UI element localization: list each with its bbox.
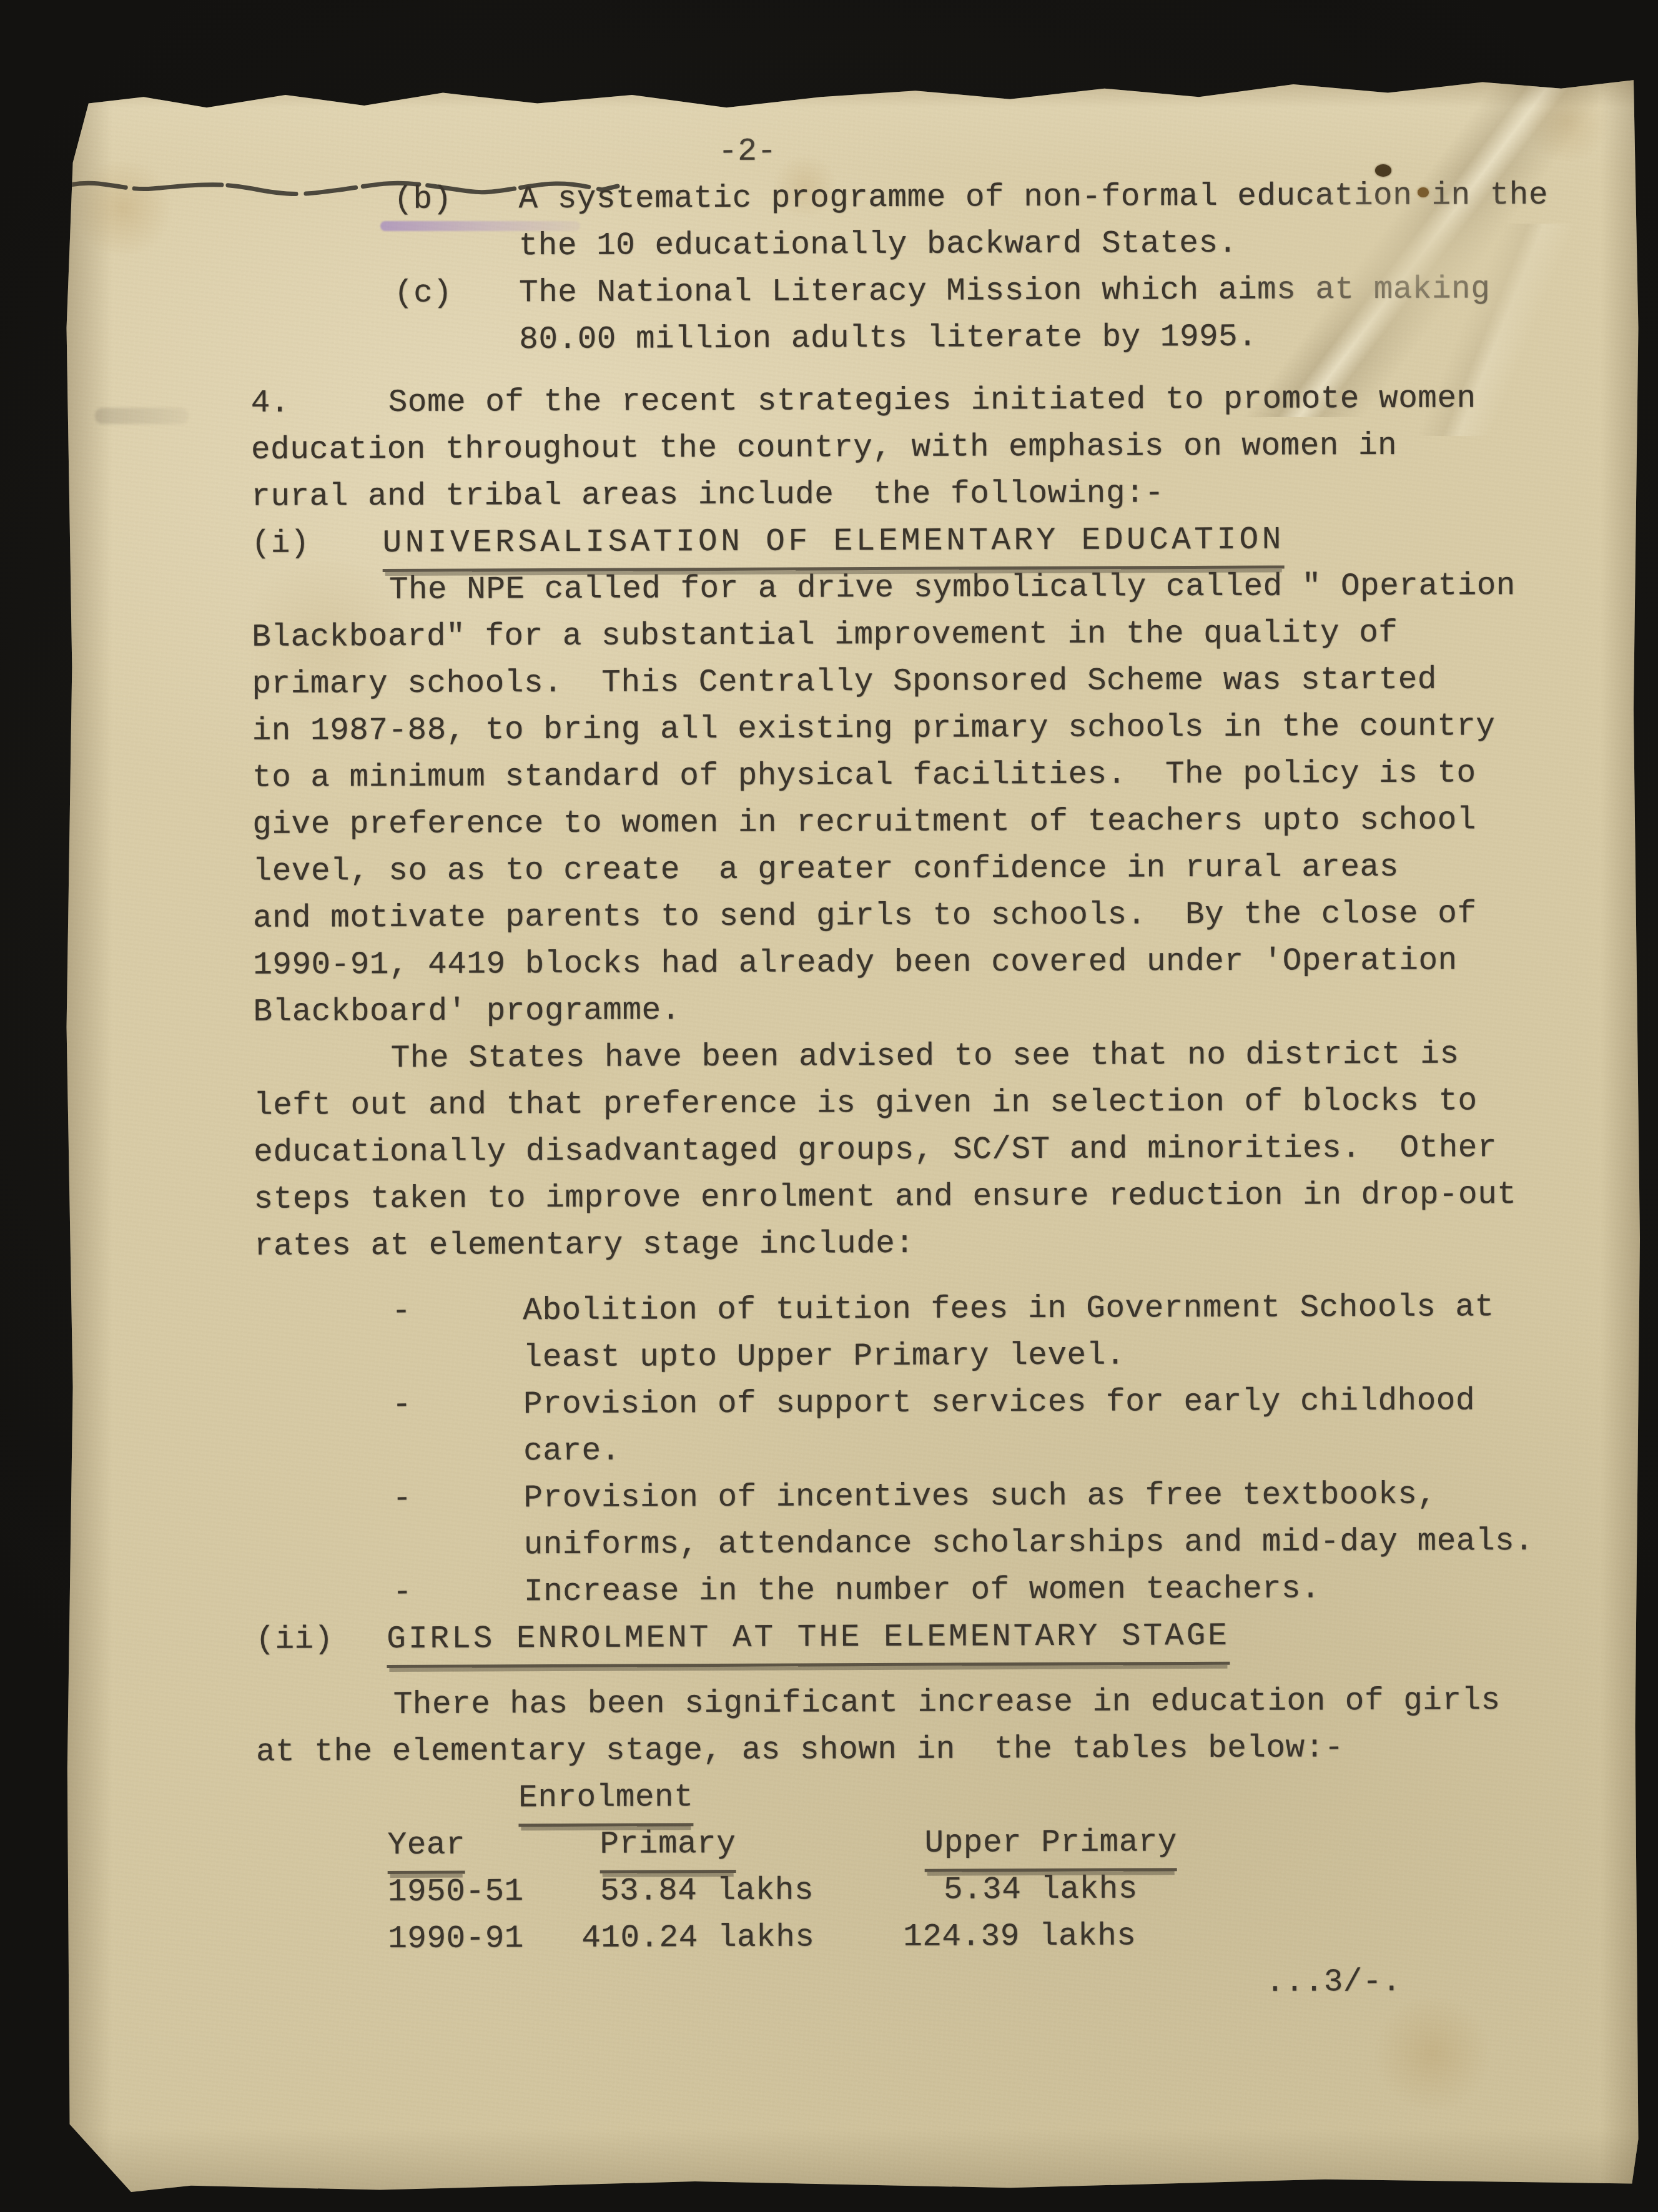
bullet-item: - Provision of support services for earl… [70, 1377, 1645, 1430]
body-line: in 1987-88, to bring all existing primar… [67, 703, 1642, 756]
body-text: give preference to women in recruitment … [252, 797, 1476, 849]
table-header-row: Year Primary Upper Primary [71, 1817, 1646, 1870]
item-b-text: the 10 educationally backward States. [519, 220, 1238, 270]
body-text: level, so as to create a greater confide… [252, 844, 1398, 896]
bullet-dash: - [393, 1569, 412, 1616]
item-b-label: (b) [393, 177, 452, 224]
bullet-text: Provision of incentives such as free tex… [523, 1472, 1436, 1523]
paragraph-number: 4. [251, 380, 290, 427]
table-title-row: Enrolment [71, 1770, 1646, 1824]
body-text: Blackboard" for a substantial improvemen… [252, 610, 1398, 661]
body-line: The NPE called for a drive symbolically … [67, 562, 1642, 615]
bullet-item: - Provision of incentives such as free t… [70, 1471, 1645, 1524]
bullet-dash: - [392, 1288, 411, 1335]
body-line: and motivate parents to send girls to sc… [68, 890, 1643, 943]
body-line: educationally disadvantaged groups, SC/S… [69, 1124, 1644, 1177]
section-ii-heading: GIRLS ENROLMENT AT THE ELEMENTARY STAGE [387, 1613, 1230, 1668]
body-text: Blackboard' programme. [253, 987, 681, 1036]
column-header-year: Year [387, 1822, 465, 1874]
list-item-continuation: 80.00 million adults literate by 1995. [66, 312, 1641, 365]
page-number: -2- [718, 129, 777, 175]
cell-primary: 410.24 lakhs [581, 1914, 815, 1962]
section-ii-label: (ii) [255, 1616, 333, 1663]
cell-upper-primary: 124.39 lakhs [903, 1913, 1137, 1960]
paragraph-text: rural and tribal areas include the follo… [251, 470, 1164, 521]
section-ii-heading-row: (ii) GIRLS ENROLMENT AT THE ELEMENTARY S… [71, 1611, 1646, 1664]
table-row: 1950-51 53.84 lakhs 5.34 lakhs [72, 1864, 1647, 1917]
section-i-heading-row: (i) UNIVERSALISATION OF ELEMENTARY EDUCA… [66, 515, 1641, 568]
bullet-text: uniforms, attendance scholarships and mi… [524, 1518, 1534, 1569]
column-header-primary: Primary [600, 1821, 736, 1874]
table-title: Enrolment [518, 1774, 693, 1827]
bullet-text: least upto Upper Primary level. [523, 1332, 1125, 1381]
body-line: level, so as to create a greater confide… [67, 843, 1642, 896]
paper-stain [1370, 1997, 1495, 2110]
list-item: (b) A systematic programme of non-formal… [65, 172, 1640, 225]
body-text: 1990-91, 4419 blocks had already been co… [253, 937, 1458, 989]
paper-hole-speck [1418, 187, 1429, 197]
body-text: to a minimum standard of physical facili… [252, 750, 1476, 802]
page-header: -2- [65, 125, 1640, 178]
body-line: to a minimum standard of physical facili… [67, 749, 1642, 802]
bullet-text: Provision of support services for early … [523, 1378, 1475, 1428]
bullet-dash: - [392, 1382, 412, 1429]
body-text: and motivate parents to send girls to sc… [253, 891, 1477, 942]
cell-year: 1950-51 [388, 1869, 524, 1916]
body-line: Blackboard' programme. [68, 984, 1643, 1037]
body-line: 1990-91, 4419 blocks had already been co… [68, 937, 1643, 990]
paragraph-text: Some of the recent strategies initiated … [388, 375, 1476, 427]
list-item: (c) The National Literacy Mission which … [66, 265, 1641, 318]
body-line: give preference to women in recruitment … [67, 796, 1642, 849]
column-header-upper-primary: Upper Primary [924, 1819, 1177, 1872]
body-text: steps taken to improve enrolment and ens… [254, 1172, 1516, 1223]
item-c-label: (c) [394, 270, 453, 317]
typewritten-text: -2- (b) A systematic programme of non-fo… [65, 125, 1647, 2011]
body-text: There has been significant increase in e… [393, 1677, 1501, 1729]
body-line: There has been significant increase in e… [71, 1677, 1646, 1730]
bullet-text: Abolition of tuition fees in Government … [523, 1284, 1494, 1335]
bullet-continuation: least upto Upper Primary level. [69, 1330, 1644, 1383]
cell-year: 1990-91 [388, 1915, 524, 1963]
bullet-continuation: care. [70, 1424, 1645, 1477]
body-line: at the elementary stage, as shown in the… [71, 1724, 1646, 1777]
body-line: Blackboard" for a substantial improvemen… [67, 609, 1642, 662]
paragraph-4-line: rural and tribal areas include the follo… [66, 468, 1641, 521]
body-line: rates at elementary stage include: [69, 1218, 1644, 1271]
body-text: at the elementary stage, as shown in the… [256, 1725, 1344, 1776]
body-text: primary schools. This Centrally Sponsore… [252, 657, 1437, 708]
bullet-text: Increase in the number of women teachers… [524, 1566, 1321, 1616]
paragraph-4: 4. Some of the recent strategies initiat… [66, 375, 1641, 428]
item-c-text: The National Literacy Mission which aims… [519, 266, 1491, 317]
paper-hole-speck [1375, 164, 1391, 177]
body-text: The States have been advised to see that… [391, 1031, 1459, 1082]
body-text: in 1987-88, to bring all existing primar… [252, 703, 1496, 755]
table-row: 1990-91 410.24 lakhs 124.39 lakhs [72, 1911, 1647, 1964]
body-text: The NPE called for a drive symbolically … [389, 563, 1516, 614]
body-line: left out and that preference is given in… [69, 1077, 1644, 1130]
bullet-continuation: uniforms, attendance scholarships and mi… [71, 1518, 1646, 1571]
bullet-item: - Increase in the number of women teache… [71, 1564, 1646, 1617]
cell-primary: 53.84 lakhs [600, 1867, 814, 1915]
body-text: rates at elementary stage include: [254, 1221, 915, 1270]
item-b-text: A systematic programme of non-formal edu… [518, 172, 1548, 223]
list-item-continuation: the 10 educationally backward States. [66, 219, 1641, 272]
body-line: steps taken to improve enrolment and ens… [69, 1171, 1644, 1224]
scanned-page: -2- (b) A systematic programme of non-fo… [65, 74, 1640, 2192]
cell-upper-primary: 5.34 lakhs [944, 1866, 1138, 1913]
body-line: The States have been advised to see that… [69, 1030, 1644, 1084]
paragraph-4-line: education throughout the country, with e… [66, 422, 1641, 475]
continuation-mark: ...3/-. [1265, 1959, 1401, 2007]
body-line: primary schools. This Centrally Sponsore… [67, 656, 1642, 709]
bullet-text: care. [523, 1428, 621, 1476]
body-text: educationally disadvantaged groups, SC/S… [254, 1125, 1497, 1177]
paragraph-text: education throughout the country, with e… [251, 423, 1397, 474]
bullet-item: - Abolition of tuition fees in Governmen… [69, 1283, 1644, 1336]
bullet-dash: - [392, 1476, 412, 1523]
body-text: left out and that preference is given in… [254, 1078, 1478, 1130]
section-i-label: (i) [251, 521, 310, 568]
continuation-row: ...3/-. [72, 1958, 1647, 2011]
item-c-text: 80.00 million adults literate by 1995. [519, 314, 1257, 364]
